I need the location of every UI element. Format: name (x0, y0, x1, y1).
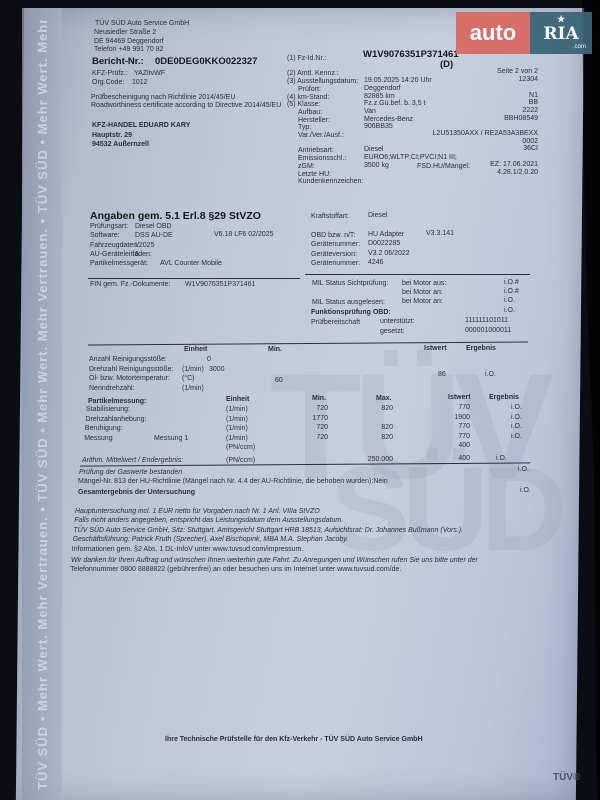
gas-passed-text: Prüfung der Gaswerte bestanden (79, 468, 182, 477)
divider (305, 274, 530, 275)
particle-unit: (1/min) (226, 424, 248, 433)
vehicle-field-label: Var./Ver./Ausf.: (298, 131, 344, 140)
report-number: 0DE0DEG0KKO022327 (155, 56, 257, 67)
particle-min: 1770 (306, 414, 328, 423)
vehicle-field-label: (1) Fz-Id.Nr.: (287, 54, 326, 63)
particle-actual: 1900 (450, 413, 470, 422)
issuer-name: TÜV SÜD Auto Service GmbH (95, 19, 189, 28)
particle-actual: 400 (450, 454, 470, 463)
measurement-actual: 86 (438, 370, 446, 379)
overall-result: i.O. (520, 486, 531, 495)
col-result-2: Ergebnis (489, 393, 519, 402)
col-min: Min. (268, 345, 282, 354)
vehicle-field-code: 12304 (519, 75, 538, 84)
vehicle-field-label: Kundenkennzeichen: (298, 177, 363, 186)
particle-unit: (1/min) (226, 405, 248, 414)
table-top-rule (88, 341, 528, 345)
divider (88, 278, 300, 279)
measurement-unit: (1/min) (182, 384, 204, 393)
mil-visual-off-result: i.O.# (504, 278, 519, 287)
measurement-label: Drehzahl Reinigungsstöße: (89, 365, 173, 374)
supported-value: 111111101011 (465, 316, 508, 325)
emission-device-label: Geräteversion: (311, 250, 357, 259)
footer-note-line: Hauptuntersuchung incl. 1 EUR netto für … (75, 507, 320, 516)
vehicle-field-code: BBH08549 (504, 114, 538, 123)
emission-field-value: 6 (135, 250, 139, 259)
mil-visual-label: MIL Status Sichtprüfung: (312, 279, 388, 288)
emission-field-value: Diesel OBD (135, 222, 172, 231)
particle-actual: 770 (450, 432, 470, 441)
emission-field-label: Fahrzeugdaten: (90, 241, 139, 250)
particle-unit: (1/min) (226, 415, 248, 424)
issuer-street: Neusiedler Straße 2 (94, 28, 156, 37)
col-max: Max. (376, 394, 392, 403)
vehicle-field-code: 36CI (523, 144, 538, 153)
mil-read-label: MIL Status ausgelesen: (312, 298, 385, 307)
fin-value: W1V9076351P371461 (185, 280, 255, 289)
particle-step-label: Messung (84, 434, 112, 443)
emission-device-label: Gerätenummer: (311, 259, 360, 268)
engine-on-label: bei Motor an: (402, 288, 443, 297)
engine-on-label-2: bei Motor an: (402, 297, 443, 306)
engine-off-label: bei Motor aus: (402, 279, 446, 288)
emission-device-extra: V3.3.141 (426, 229, 454, 238)
emission-device-label: Gerätenummer: (311, 240, 360, 249)
particle-result: i.O. (511, 422, 522, 431)
particle-actual: 770 (450, 422, 470, 431)
star-icon: ★ (557, 16, 565, 24)
mil-read-result: i.O. (504, 296, 515, 305)
footer-note-line: Wir danken für Ihren Auftrag und wünsche… (71, 556, 478, 565)
vehicle-field-value: 3500 kg (364, 161, 389, 170)
defects-text: Mängel-Nr. 813 der HU-Richtlinie (Mängel… (78, 477, 388, 486)
footer-note-line: Falls nicht anders angegeben, entspricht… (74, 516, 343, 525)
set-label: gesetzt: (380, 327, 405, 336)
particle-max: 820 (370, 423, 393, 432)
emission-field-value: I/2025 (135, 241, 154, 250)
footer-note-line: Informationen gem. §2 Abs. 1 DL-InfoV un… (72, 545, 304, 554)
page-footer-tagline: Ihre Technische Prüfstelle für den Kfz-V… (165, 735, 423, 744)
col-unit-2: Einheit (226, 395, 249, 404)
col-actual-2: Istwert (448, 393, 471, 402)
particle-step-label: Beruhigung: (85, 424, 123, 433)
customer-name: KFZ-HANDEL EDUARD KARY (92, 121, 190, 130)
emission-field-extra: V6.18 LF6 02/2025 (214, 230, 274, 239)
col-result: Ergebnis (466, 344, 496, 353)
particle-actual: 770 (450, 403, 470, 412)
mil-visual-on-result: i.O.# (504, 287, 519, 296)
certificate-en: Roadworthiness certificate according to … (91, 101, 281, 110)
col-unit: Einheit (184, 345, 207, 354)
logo-ria-part: ★ RIA .com (530, 12, 592, 54)
footer-note-line: Geschäftsführung: Patrick Fruth (Spreche… (73, 535, 349, 544)
measurement-label: Anzahl Reinigungsstöße: (89, 355, 167, 364)
measurement-value: 0 (207, 355, 211, 364)
measurement-unit: (1/min) (182, 365, 204, 374)
supported-label: unterstützt: (380, 317, 415, 326)
overall-label: Gesamtergebnis der Untersuchung (78, 488, 195, 497)
particle-unit: (1/min) (226, 434, 248, 443)
emission-device-value: V3.2 06/2022 (368, 249, 410, 258)
measurement-result: i.O. (485, 370, 496, 379)
particle-step-label: Arithm. Mittelwert / Endergebnis: (82, 456, 183, 465)
measurement-label: Nenndrehzahl: (89, 384, 135, 393)
inspector-code: YAZitvWF (134, 69, 165, 78)
emission-field-value: DSS AU-DE (135, 231, 173, 240)
fin-label: FIN gem. Fz.-Dokumente: (90, 280, 171, 289)
emission-device-value: D0022285 (368, 239, 400, 248)
particle-result: i.O. (511, 403, 522, 412)
logo-auto-part: auto (456, 12, 530, 54)
measurement-label: Öl- bzw. Motortemperatur: (89, 374, 170, 383)
emission-field-label: Software: (90, 231, 120, 240)
function-test-result: i.O. (504, 306, 515, 315)
emission-field-value: AVL Counter Mobile (160, 259, 222, 268)
emission-device-value: Diesel (368, 211, 387, 220)
inspection-report: TÜV SÜD Auto Service GmbH Neusiedler Str… (0, 0, 600, 800)
emission-field-label: Partikelmessgerät: (90, 259, 148, 268)
inspector-label: KFZ-Prüfz.: (92, 69, 128, 78)
customer-city: 94532 Außernzell (92, 140, 149, 149)
vehicle-field-value: (D) (440, 59, 453, 70)
autoria-logo: auto ★ RIA .com (456, 12, 592, 54)
fsd-label: FSD.HU/Mangel: (417, 162, 470, 171)
tuv-logo-mark: TÜV® (553, 772, 580, 783)
particle-max: 820 (370, 433, 393, 442)
emission-field-label: AU-Geräteleitfaden: (90, 250, 152, 259)
emission-device-label: OBD bzw. n/T: (311, 231, 355, 240)
footer-note-line: TÜV SÜD Auto Service GmbH, Sitz: Stuttga… (73, 526, 463, 535)
set-value: 000001000011 (465, 326, 511, 335)
issuer-phone: Telefon +49 991 70 82 (94, 45, 163, 54)
particle-result: i.O. (511, 432, 522, 441)
measurement-value: 3000 (209, 365, 225, 374)
col-actual: Istwert (424, 344, 447, 353)
particle-step-sub: Messung 1 (154, 434, 188, 443)
emission-field-label: Prüfungsart: (90, 222, 128, 231)
measurement-unit: (°C) (182, 374, 195, 383)
footer-note-line: Telefonnummer 0800 8888822 (gebührenfrei… (70, 565, 401, 574)
particle-max: 820 (370, 404, 393, 413)
vehicle-field-value: 906BB35 (364, 122, 393, 131)
function-test-label: Funktionsprüfung OBD: (311, 308, 391, 317)
logo-com-text: .com (573, 44, 586, 51)
org-code-label: Org.Code: (92, 78, 124, 87)
emission-device-value: HU Adapter (368, 230, 404, 239)
measurement-min: 60 (275, 376, 283, 385)
particle-min: 720 (306, 433, 328, 442)
particle-step-label: Drehzahlanhebung: (85, 415, 146, 424)
logo-ria-text: RIA (543, 24, 578, 44)
emissions-title: Angaben gem. 5.1 Erl.8 §29 StVZO (90, 210, 261, 222)
particle-step-label: Stabilisierung: (86, 405, 130, 414)
emission-device-label: Kraftstoffart: (311, 212, 349, 221)
particle-actual: 400 (450, 441, 470, 450)
org-code: 1012 (132, 78, 148, 87)
emission-device-value: 4246 (368, 258, 384, 267)
report-number-label: Bericht-Nr.: (92, 56, 144, 67)
particle-min: 720 (306, 423, 328, 432)
customer-street: Hauptstr. 29 (92, 131, 132, 140)
col-min-2: Min. (312, 394, 326, 403)
particle-unit: (PN/ccm) (226, 443, 255, 452)
vehicle-field-code: 4.28.1/2.0.20 (497, 168, 538, 177)
readiness-label: Prüfbereitschaft (311, 318, 360, 327)
gas-result: i.O. (518, 465, 529, 474)
particle-min: 720 (306, 404, 328, 413)
particle-result: i.O. (511, 413, 522, 422)
